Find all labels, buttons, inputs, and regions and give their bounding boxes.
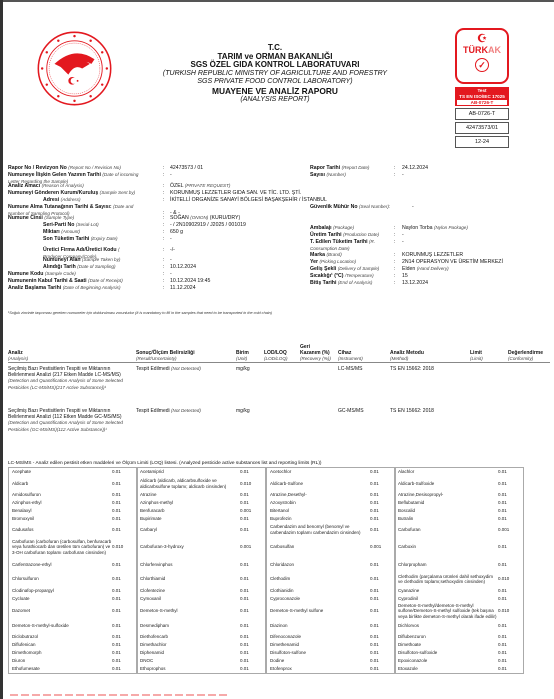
loq-item: Diethofencarb0.01 [137,633,265,641]
pesticide-loq: 0.01 [112,650,134,655]
info-field-7: Seri-Parti No (Serial-Lot) [43,222,99,229]
loq-item: Aldicarb-Sulfoxide0.01 [395,476,523,491]
page-left-border [0,0,3,699]
loq-item: Chlorpropham0.01 [395,558,523,571]
loq-item: Azoxystrobin0.01 [267,499,395,507]
pesticide-name: Demeton-S-methyl/demeton-S-methyl sulfon… [398,603,498,619]
pesticide-name: Alachlor [398,469,498,474]
field-label: Miktarı [43,229,60,235]
pesticide-loq: 0.01 [240,588,262,593]
field-label: Numune Alma Tutanağının Tarihi & Sayısı: [8,204,112,210]
loq-item: Chlorsulfuron0.01 [9,571,137,587]
loq-item: Clethodim0.01 [267,571,395,587]
pesticide-name: Carbofuran [398,527,498,532]
loq-item: Dichlorvos0.01 [395,619,523,633]
field-label: Rapor No / Revizyon No [8,165,67,171]
pesticide-loq: 0.01 [112,608,134,613]
pesticide-loq: 0.010 [240,481,262,486]
info-field-2: Analiz Amacı (Reason of Analysis) [8,183,84,190]
pesticide-name: Azinphos-ethyl [12,500,112,505]
pesticide-loq: 0.001 [240,544,262,549]
field-value: - [170,257,172,264]
pesticide-name: Chlorpropham [398,562,498,567]
analysis-unit: mg/kg [236,366,250,372]
loq-item: Diazinon0.01 [267,619,395,633]
field-label: T. Edilen Tüketim Tarihi [310,239,368,245]
pesticide-loq: 0.01 [240,608,262,613]
pesticide-name: Dimethenamid [270,642,370,647]
info-field-right-4: Üretim Tarihi (Production Date) [310,232,379,239]
pesticide-name: Diflubenzuron [398,634,498,639]
accreditation-code-box: AB-0726-T [455,108,509,120]
analysis-header-4: GeriKazanım (%)(Recovery (%)) [300,344,331,363]
pesticide-loq: 0.01 [370,516,392,521]
loq-item: Disulfoton-sulfoxide0.01 [395,649,523,657]
pesticide-name: Epoxiconazole [398,658,498,663]
field-colon: : [163,215,164,222]
loq-item: Chloridazon0.01 [267,558,395,571]
pesticide-name: Acetochlor [270,469,370,474]
field-colon: : [163,285,164,292]
loq-item: Desmedipham0.01 [137,619,265,633]
field-label: Numuneyi Alan [43,257,81,263]
loq-item: Diflubenzuron0.01 [395,633,523,641]
pesticide-loq: 0.01 [112,588,134,593]
pesticide-loq: 0.01 [498,500,520,505]
page-top-border [0,0,554,2]
loq-item: Demeton-S-methyl0.01 [137,603,265,619]
field-label: Rapor Tarihi [310,165,340,171]
info-field-right-1: Sayısı (Number) [310,172,346,179]
pesticide-loq: 0.01 [240,658,262,663]
loq-item: Disulfoton-sulfone0.01 [267,649,395,657]
pesticide-loq: 0.01 [112,596,134,601]
pesticide-name: Aldicarb [12,481,112,486]
field-label: Seri-Parti No [43,222,74,228]
turkak-wordmark: TÜRKAK [457,45,507,56]
analysis-name: Seçilmiş Bazı Pestisitlerin Tespiti ve M… [8,408,130,433]
field-colon: : [163,264,164,271]
loq-item: Carbendazim and benomyl (benomyl ve carb… [267,523,395,536]
loq-item: Buprofezin0.01 [267,515,395,523]
pesticide-loq: 0.01 [370,492,392,497]
loq-column-0: Acephate0.01Aldicarb0.01Amidosulfuron0.0… [8,467,138,674]
field-label-en: (Picking Location) [320,259,357,264]
pesticide-name: Demeton-S-methyl-sulfoxide [12,623,112,628]
pesticide-loq: 0.01 [370,596,392,601]
pesticide-loq: 0.01 [240,562,262,567]
pesticide-name: Carbaryl [140,527,240,532]
field-label: Geliş Şekli [310,266,336,272]
field-value-en: (PRIVATE REQUEST) [185,183,231,188]
pesticide-name: Clofentezine [140,588,240,593]
crescent-star-icon: ☪ [457,33,507,45]
pesticide-loq: 0.01 [112,527,134,532]
loq-column-3: Alachlor0.01Aldicarb-Sulfoxide0.01Atrazi… [394,467,524,674]
pesticide-name: Cyproconazole [270,596,370,601]
field-value: - [402,172,404,179]
pesticide-name: Atrazine,Desethyl- [270,492,370,497]
field-colon: : [394,266,395,273]
analysis-name-en: (Detection and Quantification Analysis o… [8,420,123,431]
pesticide-name: Aldicarb (aldicarb, aldicarbsulfoxide ve… [140,478,240,489]
field-label: Üretici Firma Adı/Üretici Kodu [43,247,117,253]
pesticide-loq: 0.01 [370,666,392,671]
loq-item: Benalaxyl0.01 [9,507,137,515]
field-label-en: (Seal Number): [359,204,390,209]
loq-item: Carbofuran0.001 [395,523,523,536]
info-field-right-6: Marka (Brand) [310,252,342,259]
field-label: Sayısı [310,172,325,178]
field-colon: : [163,247,164,254]
field-value-en: (ONION) [190,215,208,220]
pesticide-loq: 0.01 [370,642,392,647]
pesticide-name: Dimethomorph [12,650,112,655]
field-value: ÖZEL (PRIVATE REQUEST) [170,183,230,190]
loq-item: Diflufenican0.01 [9,641,137,649]
field-label: Marka [310,252,325,258]
field-label: Bitiş Tarihi [310,280,336,286]
pesticide-name: Diuron [12,658,112,663]
info-field-12: Alındığı Tarih (Date of Sampling) [43,264,116,271]
field-label-en-cont: Consumption Date) [310,246,350,251]
field-colon: : [163,236,164,243]
analysis-header-7: Limit(Limit) [470,350,483,362]
loq-item: Bromoxynil0.01 [9,515,137,523]
loq-item: Clethodim (parçalama ürünleri dahil seth… [395,571,523,587]
pesticide-loq: 0.01 [498,516,520,521]
field-value: İKİTELLİ ORGANİZE SANAYİ BÖLGESİ BAŞAKŞE… [170,197,327,204]
analysis-method: TS EN 15662: 2018 [390,366,434,372]
info-field-6: Numune Cinsi (Sample Type) [8,215,74,222]
loq-item: Diclobutrazol0.01 [9,633,137,641]
field-label-en: (Sample Taken by) [82,257,120,262]
pesticide-loq: 0.01 [498,492,520,497]
pesticide-loq: 0.01 [370,634,392,639]
field-value: SOĞAN (ONION) (KURU/DRY) [170,215,240,222]
field-label-en: (Date of incoming [102,172,138,177]
field-label: Güvenlik Mühür No [310,204,358,210]
footer-red-text-cutoff [10,694,230,696]
field-label: Numuneye İlişkin Gelen Yazının Tarihi [8,172,101,178]
info-field-right-0: Rapor Tarihi (Report Date) [310,165,369,172]
pesticide-loq: 0.01 [498,634,520,639]
cold-chain-footnote: ¹Soğuk zincirde taşınması gereken numune… [8,311,272,315]
loq-item: Etoxazole0.01 [395,665,523,673]
pesticide-name: Bitertanol [270,508,370,513]
pesticide-name: Azinphos-methyl [140,500,240,505]
field-value-en: (Nylon Package) [434,225,468,230]
pesticide-loq: 0.01 [240,469,262,474]
pesticide-loq: 0.01 [370,650,392,655]
loq-item: Ethofumesate0.01 [9,665,137,673]
analysis-method: TS EN 15662: 2018 [390,408,434,414]
pesticide-loq: 0.01 [498,562,520,567]
report-header: T.C. TARIM ve ORMAN BAKANLIĞI SGS ÖZEL G… [130,44,420,104]
pesticide-name: Acetamiprid [140,469,240,474]
loq-item: Carbosulfan0.001 [267,536,395,558]
field-colon: : [163,172,164,179]
pesticide-name: Dodine [270,658,370,663]
loq-item: Chlorfenvinphos0.01 [137,558,265,571]
analysis-result: Tespit Edilmedi (Not Detected) [136,408,201,414]
loq-item: Epoxiconazole0.01 [395,657,523,665]
loq-item: Dimethenamid0.01 [267,641,395,649]
loq-column-1: Acetamiprid0.01Aldicarb (aldicarb, aldic… [136,467,266,674]
info-field-13: Numune Kodu (Sample Code) [8,271,76,278]
loq-item: Carbofuran (carbofuran (carbosulfan, ben… [9,536,137,558]
pesticide-name: Bromoxynil [12,516,112,521]
analysis-result-en: (Not Detected) [171,366,201,371]
field-label-en: (Date of Receipt) [88,278,123,283]
pesticide-loq: 0.01 [112,623,134,628]
pesticide-loq: 0.01 [498,623,520,628]
field-label: Sıcaklığı¹ (°C) [310,273,344,279]
loq-item: Demeton-S-methyl sulfone0.01 [267,603,395,619]
loq-list-title: LC-MS/MS - Analiz edilen pestisit etken … [8,461,322,466]
pesticide-name: Clothianidin [270,588,370,593]
pesticide-name: Cadusafos [12,527,112,532]
pesticide-name: Diethofencarb [140,634,240,639]
field-value: 24.12.2024 [402,165,428,172]
field-value: 15 [402,273,408,280]
field-colon: : [394,259,395,266]
field-colon: : [163,183,164,190]
pesticide-name: Carbosulfan [270,544,370,549]
field-label-en: (Expiry Date) [91,236,118,241]
field-label: Numuneyi Gönderen Kurum/Kuruluş [8,190,98,196]
loq-item: DNOC0.01 [137,657,265,665]
pesticide-loq: 0.01 [112,634,134,639]
pesticide-loq: 0.01 [240,666,262,671]
pesticide-loq: 0.010 [498,576,520,581]
field-colon: : [163,197,164,204]
pesticide-loq: 0.01 [498,588,520,593]
pesticide-loq: 0.01 [112,492,134,497]
loq-item: Cadusafos0.01 [9,523,137,536]
field-colon: : [163,190,164,197]
pesticide-name: Beflubutamid [398,500,498,505]
loq-item: Dimethachlor0.01 [137,641,265,649]
field-value: 650 g [170,229,183,236]
field-label-en: (Date and [113,204,133,209]
pesticide-name: Dimethachlor [140,642,240,647]
pesticide-loq: 0.01 [112,516,134,521]
pesticide-name: Chlorthiamid [140,576,240,581]
loq-item: Clodinafop-propargyl0.01 [9,587,137,595]
field-value: 10.12.2024 [170,264,196,271]
pesticide-loq: 0.01 [498,469,520,474]
pesticide-loq: 0.01 [112,500,134,505]
loq-item: Butralin0.01 [395,515,523,523]
field-label-en: (Production Date) [343,232,379,237]
pesticide-loq: 0.01 [370,588,392,593]
pesticide-loq: 0.01 [112,562,134,567]
field-label-en: (Date of Beginning Analysis) [63,285,121,290]
analysis-header-3: LOD/LOQ(LOD/LOQ) [264,350,287,362]
field-value: 10.12.2024 19:45 [170,278,210,285]
field-colon: : [163,222,164,229]
info-field-14: Numunenin Kabul Tarihi & Saati (Date of … [8,278,123,285]
pesticide-name: Carbofuran (carbofuran (carbosulfan, ben… [12,539,112,555]
loq-item: Atrazine,Desethyl-0.01 [267,491,395,499]
pesticide-name: Amidosulfuron [12,492,112,497]
field-label: Numune Kodu [8,271,43,277]
analysis-result: Tespit Edilmedi (Not Detected) [136,366,201,372]
loq-item: Chlorthiamid0.01 [137,571,265,587]
pesticide-loq: 0.001 [240,508,262,513]
field-label-en: (Report Date) [342,165,370,170]
field-colon: : [394,280,395,287]
pesticide-name: Atrazine,Desisopropyl- [398,492,498,497]
loq-item: Beflubutamid0.01 [395,499,523,507]
info-field-right-10: Bitiş Tarihi (End of Analysis) [310,280,372,287]
loq-item: Benfuracarb0.001 [137,507,265,515]
pesticide-loq: 0.01 [498,650,520,655]
pesticide-name: Cycloate [12,596,112,601]
field-colon: : [163,257,164,264]
field-label-en: (R. [369,239,375,244]
pesticide-name: Carboxin [398,544,498,549]
pesticide-name: Diazinon [270,623,370,628]
info-field-15: Analiz Başlama Tarihi (Date of Beginning… [8,285,121,292]
loq-item: Atrazine,Desisopropyl-0.01 [395,491,523,499]
field-value: 11.12.2024 [170,285,196,292]
analysis-header-divider [8,362,550,363]
pesticide-loq: 0.01 [370,623,392,628]
pesticide-loq: 0.01 [240,623,262,628]
loq-item: Clothianidin0.01 [267,587,395,595]
ministry-seal-logo [36,30,113,107]
info-field-right-2: Güvenlik Mühür No (Seal Number): [310,204,390,211]
loq-item: Aldicarb (aldicarb, aldicarbsulfoxide ve… [137,476,265,491]
pesticide-loq: 0.01 [240,500,262,505]
accreditation-band: Test TS EN ISO/IEC 17025 AB-0726-T [455,87,509,106]
loq-item: Aldicarb0.01 [9,476,137,491]
loq-item: Cymoxanil0.01 [137,595,265,603]
pesticide-loq: 0.01 [370,608,392,613]
pesticide-name: Dimethoate [398,642,498,647]
pesticide-loq: 0.01 [498,666,520,671]
pesticide-name: Bupirimate [140,516,240,521]
loq-item: Demeton-S-methyl-sulfoxide0.01 [9,619,137,633]
pesticide-name: Ethoprophos [140,666,240,671]
field-colon: : [163,165,164,172]
loq-item: Demeton-S-methyl/demeton-S-methyl sulfon… [395,603,523,619]
analysis-name: Seçilmiş Bazı Pestisitlerin Tespiti ve M… [8,366,130,391]
pesticide-name: Etoxazole [398,666,498,671]
pesticide-loq: 0.01 [112,481,134,486]
loq-item: Alachlor0.01 [395,468,523,476]
field-label-en: (Number) [326,172,345,177]
info-field-right-3: Ambalajı (Package) [310,225,354,232]
pesticide-loq: 0.01 [370,562,392,567]
loq-item: Cyanazine0.01 [395,587,523,595]
loq-item: Carbaryl0.01 [137,523,265,536]
pesticide-name: Demeton-S-methyl [140,608,240,613]
field-label: Alındığı Tarih [43,264,76,270]
pesticide-loq: 0.01 [370,469,392,474]
pesticide-loq: 0.01 [240,527,262,532]
pesticide-name: Carbendazim and benomyl (benomyl ve carb… [270,524,370,535]
analysis-header-2: Birim(Unit) [236,350,249,362]
analysis-name-en: (Detection and Quantification Analysis o… [8,378,123,389]
pesticide-loq: 0.01 [240,650,262,655]
pesticide-loq: 0.01 [370,500,392,505]
loq-item: Acetochlor0.01 [267,468,395,476]
header-ministry-en: (TURKISH REPUBLIC MINISTRY OF AGRICULTUR… [130,70,420,79]
pesticide-loq: 0.001 [498,527,520,532]
field-label: Üretim Tarihi [310,232,342,238]
turkak-accreditation: ☪ TÜRKAK ✓ Test TS EN ISO/IEC 17025 AB-0… [455,28,509,148]
pesticide-name: Difenoconazole [270,634,370,639]
field-label-en: ( [118,247,120,252]
field-label-en: (Reason of Analysis) [42,183,84,188]
field-colon: : [394,273,395,280]
analysis-instrument: LC-MS/MS [338,366,362,372]
loq-item: Boscalid0.01 [395,507,523,515]
field-label-en: (Serial-Lot) [76,222,99,227]
turkak-logo: ☪ TÜRKAK ✓ [455,28,509,84]
pesticide-name: Cyanazine [398,588,498,593]
field-colon: : [394,225,395,232]
field-value: - [402,232,404,239]
pesticide-name: Demeton-S-methyl sulfone [270,608,370,613]
loq-item: Azinphos-methyl0.01 [137,499,265,507]
field-colon: : [394,252,395,259]
pesticide-loq: 0.01 [240,596,262,601]
pesticide-name: Chlorfenvinphos [140,562,240,567]
pesticide-loq: 0.01 [112,576,134,581]
pesticide-name: Butralin [398,516,498,521]
check-icon: ✓ [475,58,489,72]
loq-item: Dodine0.01 [267,657,395,665]
pesticide-name: Aldicarb-Sulfoxide [398,481,498,486]
pesticide-name: DNOC [140,658,240,663]
pesticide-loq: 0.01 [112,642,134,647]
field-value: Elden (Hand Delivery) [402,266,449,273]
pesticide-loq: 0.001 [370,544,392,549]
pesticide-name: Ethofumesate [12,666,112,671]
header-lab: SGS ÖZEL GIDA KONTROL LABORATUVARI [130,61,420,70]
pesticide-name: Clethodim [270,576,370,581]
loq-column-2: Acetochlor0.01Aldicarb-Sulfone0.01Atrazi… [266,467,396,674]
pesticide-name: Atrazine [140,492,240,497]
pesticide-loq: 0.01 [498,642,520,647]
analysis-header-5: Cihaz(Instrument) [338,350,363,362]
loq-item: Diphenamid0.01 [137,649,265,657]
analysis-result-en: (Not Detected) [171,408,201,413]
field-value: -/- [170,247,175,254]
pesticide-name: Cymoxanil [140,596,240,601]
analysis-header-8: Değerlendirme(Conformity) [508,350,543,362]
pesticide-name: Dazomet [12,608,112,613]
field-label: Numunenin Kabul Tarihi & Saati [8,278,87,284]
field-label: Ambalajı [310,225,332,231]
pesticide-name: Boscalid [398,508,498,513]
loq-item: Dimethoate0.01 [395,641,523,649]
loq-item: Dazomet0.01 [9,603,137,619]
pesticide-name: Disulfoton-sulfoxide [398,650,498,655]
loq-item: Cycloate0.01 [9,595,137,603]
report-subtitle: (ANALYSIS REPORT) [130,96,420,105]
field-value: KORUNMUŞ LEZZETLER [402,252,463,259]
field-label-en: (Sample Code) [45,271,76,276]
field-value-en: (Hand Delivery) [417,266,449,271]
loq-item: Difenoconazole0.01 [267,633,395,641]
pesticide-name: Azoxystrobin [270,500,370,505]
field-label: Yer [310,259,318,265]
